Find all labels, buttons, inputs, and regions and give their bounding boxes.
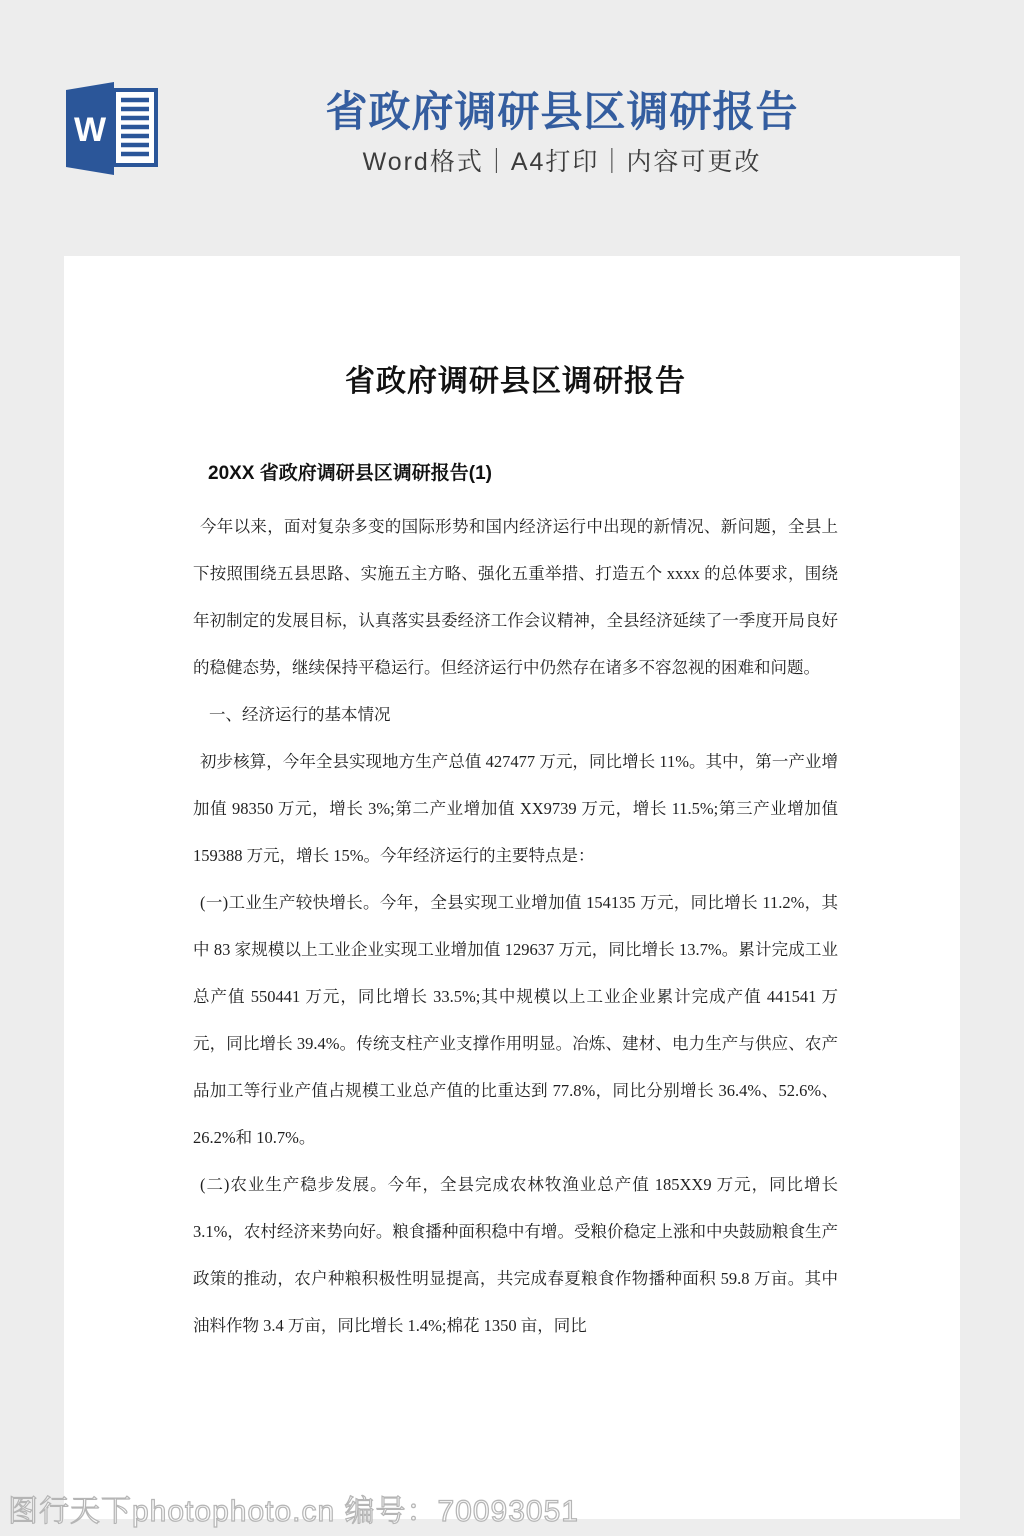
paragraph-gdp: 初步核算，今年全县实现地方生产总值 427477 万元，同比增长 11%。其中，…: [193, 738, 838, 879]
template-title: 省政府调研县区调研报告: [300, 88, 824, 136]
paragraph-industry: (一)工业生产较快增长。今年，全县实现工业增加值 154135 万元，同比增长 …: [193, 879, 838, 1161]
document-content: 省政府调研县区调研报告 20XX 省政府调研县区调研报告(1) 今年以来，面对复…: [64, 256, 960, 1349]
site-watermark: 图行天下photophoto.cn 编号：70093051: [8, 1486, 579, 1530]
document-page: 省政府调研县区调研报告 20XX 省政府调研县区调研报告(1) 今年以来，面对复…: [64, 256, 960, 1519]
document-heading: 20XX 省政府调研县区调研报告(1): [193, 462, 838, 486]
word-icon-page-lines: [121, 100, 149, 154]
word-document-icon: W: [58, 78, 168, 178]
paragraph-agriculture: (二)农业生产稳步发展。今年，全县完成农林牧渔业总产值 185XX9 万元，同比…: [193, 1161, 838, 1349]
document-body: 今年以来，面对复杂多变的国际形势和国内经济运行中出现的新情况、新问题，全县上下按…: [193, 503, 838, 1349]
word-icon-letter: W: [74, 111, 107, 149]
paragraph-intro: 今年以来，面对复杂多变的国际形势和国内经济运行中出现的新情况、新问题，全县上下按…: [193, 503, 838, 691]
document-title: 省政府调研县区调研报告: [193, 364, 838, 400]
section-heading-economy: 一、经济运行的基本情况: [193, 691, 838, 738]
template-subtitle: Word格式｜A4打印｜内容可更改: [300, 148, 824, 176]
template-header: W 省政府调研县区调研报告 Word格式｜A4打印｜内容可更改: [0, 0, 1024, 256]
header-title-block: 省政府调研县区调研报告 Word格式｜A4打印｜内容可更改: [300, 88, 824, 176]
